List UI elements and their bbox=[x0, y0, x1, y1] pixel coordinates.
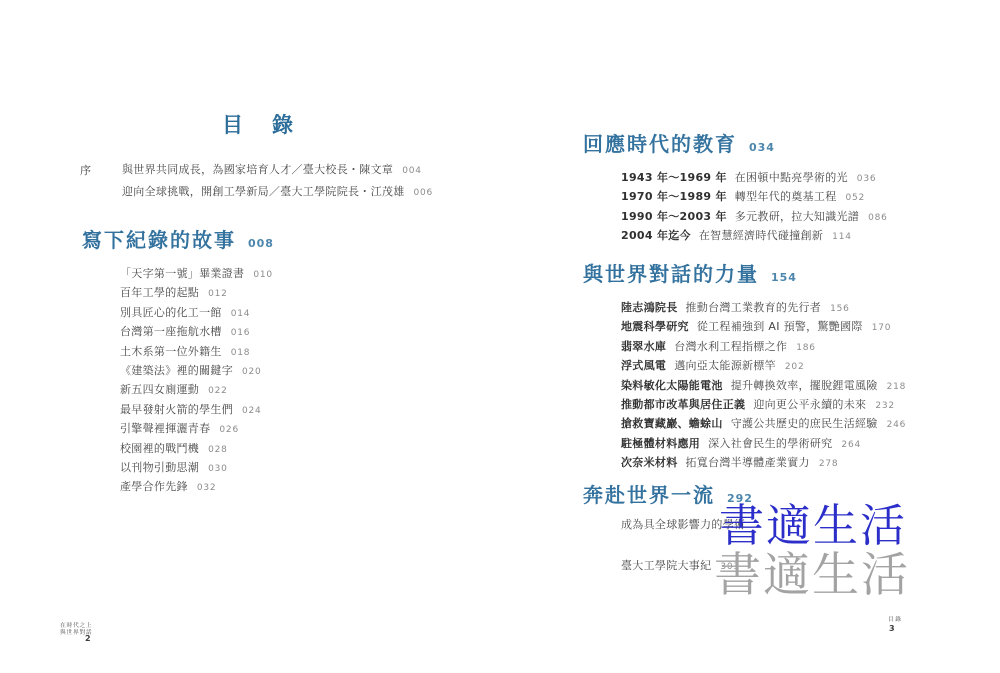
toc-entry: 浮式風電邁向亞太能源新標竿202 bbox=[621, 357, 906, 376]
toc-entry: 1943 年～1969 年在困頓中點亮學術的光036 bbox=[621, 169, 888, 188]
toc-entry: 搶救寶藏巖、蟾蜍山守護公共歷史的庶民生活經驗246 bbox=[621, 415, 906, 434]
toc-entry-title: 「天字第一號」畢業證書 bbox=[120, 267, 244, 280]
toc-entry-page-number: 030 bbox=[208, 464, 228, 474]
toc-entry-page-number: 052 bbox=[846, 193, 866, 203]
toc-entry-page-number: 004 bbox=[402, 166, 422, 176]
toc-entry-title: 轉型年代的奠基工程 bbox=[735, 190, 837, 203]
toc-entry: 地震科學研究從工程補強到 AI 預警，驚艷國際170 bbox=[621, 318, 906, 337]
toc-entry-prefix: 駐極體材料應用 bbox=[621, 437, 700, 450]
chapter-title: 寫下紀錄的故事 bbox=[82, 228, 236, 252]
toc-entry: 次奈米材料拓寬台灣半導體產業實力278 bbox=[621, 454, 906, 473]
toc-entry-page-number: 218 bbox=[887, 382, 907, 392]
toc-entry-page-number: 006 bbox=[414, 188, 434, 198]
toc-entry-prefix: 1943 年～1969 年 bbox=[621, 171, 727, 184]
chapter-section: 與世界對話的力量154 陸志鴻院長推動台灣工業教育的先行者156 地震科學研究從… bbox=[583, 258, 906, 474]
toc-entry-prefix: 次奈米材料 bbox=[621, 456, 678, 469]
chapter-title: 回應時代的教育 bbox=[583, 132, 737, 156]
toc-entry-title: 守護公共歷史的庶民生活經驗 bbox=[731, 417, 878, 430]
toc-entry-title: 拓寬台灣半導體產業實力 bbox=[686, 456, 810, 469]
toc-entry: 最早發射火箭的學生們024 bbox=[120, 401, 274, 420]
toc-entry: 與世界共同成長，為國家培育人才／臺大校長・陳文章004 bbox=[122, 160, 433, 182]
toc-entry-page-number: 028 bbox=[208, 445, 228, 455]
toc-entry-title: 從工程補強到 AI 預警，驚艷國際 bbox=[697, 320, 863, 333]
toc-entry: 駐極體材料應用深入社會民生的學術研究264 bbox=[621, 435, 906, 454]
toc-entry-page-number: 156 bbox=[830, 304, 850, 314]
toc-entry-title: 引擎聲裡揮灑青春 bbox=[120, 422, 210, 435]
chapter-section: 寫下紀錄的故事008 「天字第一號」畢業證書010 百年工學的起點012 別具匠… bbox=[82, 224, 274, 498]
toc-entry: 2004 年迄今在智慧經濟時代碰撞創新114 bbox=[621, 227, 888, 246]
toc-entry-title: 迎向全球挑戰，開創工學新局／臺大工學院院長・江茂雄 bbox=[122, 185, 405, 198]
toc-entry-title: 新五四女廁運動 bbox=[120, 383, 199, 396]
book-title-line1: 在時代之上 bbox=[60, 622, 125, 629]
chapter-title: 奔赴世界一流 bbox=[583, 483, 715, 507]
toc-entry: 引擎聲裡揮灑青春026 bbox=[120, 420, 274, 439]
chapter-page-number: 034 bbox=[749, 141, 775, 154]
toc-entry-page-number: 246 bbox=[887, 420, 907, 430]
toc-entry-page-number: 016 bbox=[231, 328, 251, 338]
toc-entry-page-number: 086 bbox=[868, 213, 888, 223]
toc-entry-title: 深入社會民生的學術研究 bbox=[708, 437, 832, 450]
toc-entry-title: 多元教研，拉大知識光譜 bbox=[735, 210, 859, 223]
chapter-page-number: 154 bbox=[771, 271, 797, 284]
toc-entry-prefix: 染料敏化太陽能電池 bbox=[621, 379, 723, 392]
toc-entry-prefix: 2004 年迄今 bbox=[621, 229, 691, 242]
toc-entry-title: 台灣水利工程指標之作 bbox=[674, 340, 787, 353]
toc-entry-title: 最早發射火箭的學生們 bbox=[120, 403, 233, 416]
chapter-page-number: 008 bbox=[248, 237, 274, 250]
toc-entry-title: 臺大工學院大事紀 bbox=[621, 559, 711, 572]
toc-entry: 新五四女廁運動022 bbox=[120, 381, 274, 400]
toc-entry-title: 提升轉換效率，擺脫鋰電風險 bbox=[731, 379, 878, 392]
toc-entry-title: 以刊物引動思潮 bbox=[120, 461, 199, 474]
toc-entry-page-number: 264 bbox=[841, 440, 861, 450]
toc-entry-prefix: 搶救寶藏巖、蟾蜍山 bbox=[621, 417, 723, 430]
toc-entry: 百年工學的起點012 bbox=[120, 284, 274, 303]
toc-entry-page-number: 186 bbox=[796, 343, 816, 353]
toc-entry-page-number: 010 bbox=[253, 270, 273, 280]
toc-entry-title: 校園裡的戰鬥機 bbox=[120, 442, 199, 455]
toc-entry-title: 別具匠心的化工一館 bbox=[120, 306, 222, 319]
toc-entry-page-number: 036 bbox=[857, 174, 877, 184]
toc-entry: 台灣第一座拖航水槽016 bbox=[120, 323, 274, 342]
toc-entry: 染料敏化太陽能電池提升轉換效率，擺脫鋰電風險218 bbox=[621, 377, 906, 396]
watermark-gray: 書適生活 bbox=[714, 538, 910, 605]
toc-entry: 「天字第一號」畢業證書010 bbox=[120, 265, 274, 284]
toc-entry: 翡翠水庫台灣水利工程指標之作186 bbox=[621, 338, 906, 357]
toc-entry-prefix: 地震科學研究 bbox=[621, 320, 689, 333]
toc-entry: 推動都市改革與居住正義迎向更公平永續的未來232 bbox=[621, 396, 906, 415]
left-page-footer: 在時代之上 與世界對話 2 bbox=[60, 622, 150, 652]
toc-entry-page-number: 202 bbox=[785, 362, 805, 372]
toc-entry-title: 台灣第一座拖航水槽 bbox=[120, 325, 222, 338]
toc-entry: 以刊物引動思潮030 bbox=[120, 459, 274, 478]
book-title-line2: 與世界對話 bbox=[60, 629, 125, 636]
page-number: 2 bbox=[85, 634, 91, 643]
toc-entry: 《建築法》裡的關鍵字020 bbox=[120, 362, 274, 381]
toc-entry-page-number: 014 bbox=[231, 309, 251, 319]
toc-entry-prefix: 翡翠水庫 bbox=[621, 340, 666, 353]
page-number: 3 bbox=[889, 624, 895, 633]
toc-entry: 土木系第一位外籍生018 bbox=[120, 343, 274, 362]
toc-entry: 別具匠心的化工一館014 bbox=[120, 304, 274, 323]
toc-entry-page-number: 026 bbox=[219, 425, 239, 435]
toc-entry: 1990 年～2003 年多元教研，拉大知識光譜086 bbox=[621, 208, 888, 227]
toc-entry-title: 在困頓中點亮學術的光 bbox=[735, 171, 848, 184]
chapter-section: 回應時代的教育034 1943 年～1969 年在困頓中點亮學術的光036 19… bbox=[583, 128, 888, 247]
toc-entry: 陸志鴻院長推動台灣工業教育的先行者156 bbox=[621, 299, 906, 318]
toc-page-title: 目 錄 bbox=[222, 109, 297, 139]
toc-entry-title: 邁向亞太能源新標竿 bbox=[674, 359, 776, 372]
toc-entry-page-number: 012 bbox=[208, 289, 228, 299]
toc-entry: 產學合作先鋒032 bbox=[120, 478, 274, 497]
toc-entry-title: 《建築法》裡的關鍵字 bbox=[120, 364, 233, 377]
toc-entry-page-number: 170 bbox=[872, 323, 892, 333]
toc-entry-page-number: 114 bbox=[832, 232, 852, 242]
toc-entry-page-number: 232 bbox=[875, 401, 895, 411]
right-page-footer: 目錄 3 bbox=[888, 615, 948, 645]
toc-entry-page-number: 032 bbox=[197, 483, 217, 493]
toc-entry-prefix: 1970 年～1989 年 bbox=[621, 190, 727, 203]
preface-block: 序 與世界共同成長，為國家培育人才／臺大校長・陳文章004 迎向全球挑戰，開創工… bbox=[80, 160, 433, 203]
footer-section-label: 目錄 bbox=[888, 615, 931, 623]
toc-entry-title: 土木系第一位外籍生 bbox=[120, 345, 222, 358]
toc-entry-title: 在智慧經濟時代碰撞創新 bbox=[699, 229, 823, 242]
chapter-title: 與世界對話的力量 bbox=[583, 262, 759, 286]
preface-label: 序 bbox=[80, 162, 92, 178]
toc-entry-prefix: 浮式風電 bbox=[621, 359, 666, 372]
toc-entry-page-number: 022 bbox=[208, 386, 228, 396]
toc-entry-prefix: 推動都市改革與居住正義 bbox=[621, 398, 745, 411]
toc-entry-page-number: 018 bbox=[231, 348, 251, 358]
toc-entry: 迎向全球挑戰，開創工學新局／臺大工學院院長・江茂雄006 bbox=[122, 182, 433, 204]
toc-entry-page-number: 278 bbox=[819, 459, 839, 469]
toc-entry-prefix: 陸志鴻院長 bbox=[621, 301, 678, 314]
toc-entry-page-number: 024 bbox=[242, 406, 262, 416]
toc-entry-title: 與世界共同成長，為國家培育人才／臺大校長・陳文章 bbox=[122, 163, 393, 176]
toc-entry-page-number: 020 bbox=[242, 367, 262, 377]
toc-entry-title: 百年工學的起點 bbox=[120, 286, 199, 299]
toc-entry-title: 產學合作先鋒 bbox=[120, 480, 188, 493]
toc-entry-prefix: 1990 年～2003 年 bbox=[621, 210, 727, 223]
toc-entry: 校園裡的戰鬥機028 bbox=[120, 440, 274, 459]
toc-entry-title: 迎向更公平永續的未來 bbox=[753, 398, 866, 411]
toc-entry-title: 推動台灣工業教育的先行者 bbox=[686, 301, 822, 314]
toc-entry: 1970 年～1989 年轉型年代的奠基工程052 bbox=[621, 188, 888, 207]
